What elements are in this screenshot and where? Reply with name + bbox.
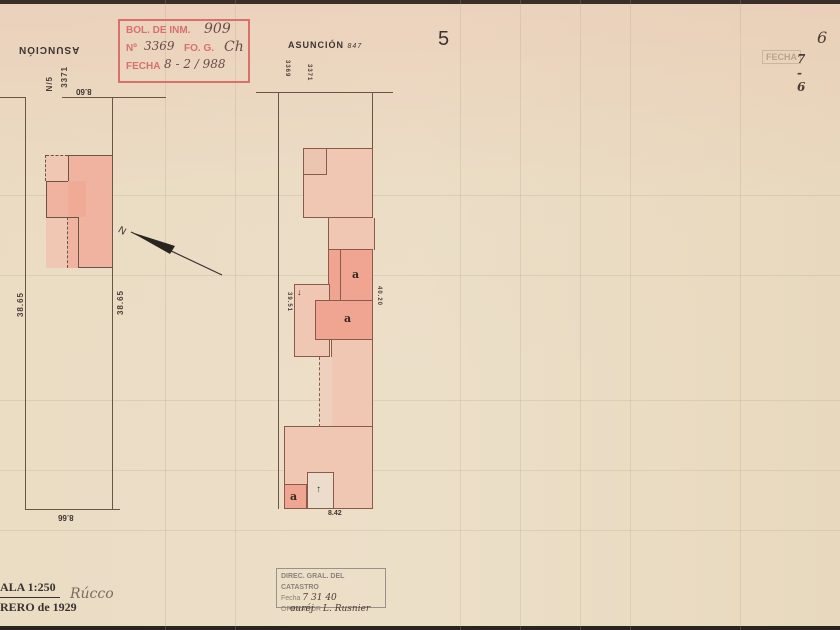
left-front-boundary bbox=[62, 97, 166, 98]
signature: Rúcco bbox=[70, 586, 114, 602]
catastro-stamp-title: DIREC. GRAL. DEL CATASTRO bbox=[281, 571, 381, 593]
building-edge bbox=[46, 181, 68, 182]
stamp-number-label: Nº bbox=[126, 43, 137, 54]
catastro-operator-value: L. Rusnier bbox=[323, 604, 370, 614]
stair-arrow-icon: ↑ bbox=[316, 484, 321, 495]
right-rear-width: 8.42 bbox=[328, 510, 342, 517]
grid-line bbox=[630, 0, 631, 630]
grid-line bbox=[0, 195, 840, 196]
grid-line bbox=[520, 0, 521, 630]
right-depth-label: 38.65 bbox=[116, 290, 125, 315]
dashed-edge bbox=[67, 217, 68, 268]
catastro-stamp: DIREC. GRAL. DEL CATASTRO Fecha 7 31 40 … bbox=[276, 568, 386, 608]
rear-boundary bbox=[26, 509, 120, 510]
stamp-number-value: 3369 bbox=[144, 39, 175, 53]
stamp-date-value: 8 - 2 / 988 bbox=[164, 57, 226, 71]
left-street-name: ASUNCIÓN bbox=[18, 44, 79, 55]
building-small-room bbox=[304, 149, 327, 175]
scan-top-edge bbox=[0, 0, 840, 4]
building-edge bbox=[68, 155, 112, 156]
faded-stamp-date-label: FECHA bbox=[766, 52, 797, 62]
faded-stamp-value: 6 bbox=[817, 28, 827, 47]
left-door-fraction: N/5 bbox=[45, 76, 54, 91]
left-door-number: 3371 bbox=[60, 66, 69, 88]
building-edge bbox=[46, 181, 47, 217]
right-door-number-2: 3371 bbox=[306, 64, 312, 81]
svg-text:N: N bbox=[116, 225, 128, 238]
room-label-a: a bbox=[352, 268, 359, 281]
left-side-boundary bbox=[25, 97, 26, 510]
scanned-plan-sheet: BOL. DE INM. 909 Nº 3369 FO. G. Ch FECHA… bbox=[0, 0, 840, 630]
grid-line bbox=[460, 0, 461, 630]
right-left-depth: 39.51 bbox=[286, 292, 292, 312]
grid-line bbox=[0, 400, 840, 401]
building-edge bbox=[68, 155, 69, 181]
stamp-folio-value: Ch bbox=[224, 39, 244, 55]
left-boundary bbox=[0, 97, 26, 98]
room-label-a: a bbox=[290, 490, 297, 503]
right-door-number-1: 3369 bbox=[284, 60, 290, 77]
faded-stamp-top-right: 6 FECHA 7 - 6 bbox=[762, 30, 840, 70]
building-edge bbox=[78, 267, 112, 268]
building-edge bbox=[78, 217, 79, 268]
right-right-depth: 40.20 bbox=[376, 286, 382, 306]
stamp-bol-label: BOL. DE INM. bbox=[126, 25, 190, 36]
stamp-bol-value: 909 bbox=[204, 21, 231, 37]
right-left-boundary bbox=[278, 92, 279, 509]
left-building-wing bbox=[46, 181, 86, 217]
right-side-boundary bbox=[112, 97, 113, 510]
room-label-a: a bbox=[344, 312, 351, 325]
stamp-folio-label: FO. G. bbox=[184, 43, 214, 54]
grid-line bbox=[235, 0, 236, 630]
sheet-number: 5 bbox=[438, 28, 449, 51]
catastro-date-label: Fecha bbox=[281, 595, 300, 602]
left-depth-label: 38.65 bbox=[16, 292, 25, 317]
right-street-name: ASUNCIÓN 847 bbox=[288, 40, 362, 50]
grid-line bbox=[0, 470, 840, 471]
grid-line bbox=[0, 530, 840, 531]
catastro-date-value: 7 31 40 bbox=[302, 593, 336, 603]
scale-label: ALA 1:250 RERO de 1929 bbox=[0, 580, 77, 615]
scan-bottom-edge bbox=[0, 626, 840, 630]
dashed-edge bbox=[46, 155, 68, 156]
faded-stamp-date-value: 7 - 6 bbox=[797, 52, 805, 94]
stamp-date-label: FECHA bbox=[126, 61, 160, 72]
north-arrow-icon: N bbox=[115, 220, 230, 280]
stair-arrow-icon: ↓ bbox=[297, 287, 302, 297]
left-frontage: 8.60 bbox=[76, 87, 92, 96]
grid-line bbox=[580, 0, 581, 630]
building-connector bbox=[328, 218, 375, 250]
room-a-lower-extension bbox=[331, 324, 372, 339]
dashed-partition bbox=[319, 357, 332, 427]
catastro-extra-annotation: ouréj bbox=[290, 604, 314, 614]
building-edge bbox=[46, 217, 78, 218]
rear-width-label: 8.66 bbox=[58, 513, 74, 522]
grid-line bbox=[165, 0, 166, 630]
building-middle-block bbox=[331, 339, 373, 429]
grid-line bbox=[740, 0, 741, 630]
registry-stamp: BOL. DE INM. 909 Nº 3369 FO. G. Ch FECHA… bbox=[118, 19, 250, 83]
dashed-edge bbox=[45, 155, 46, 181]
